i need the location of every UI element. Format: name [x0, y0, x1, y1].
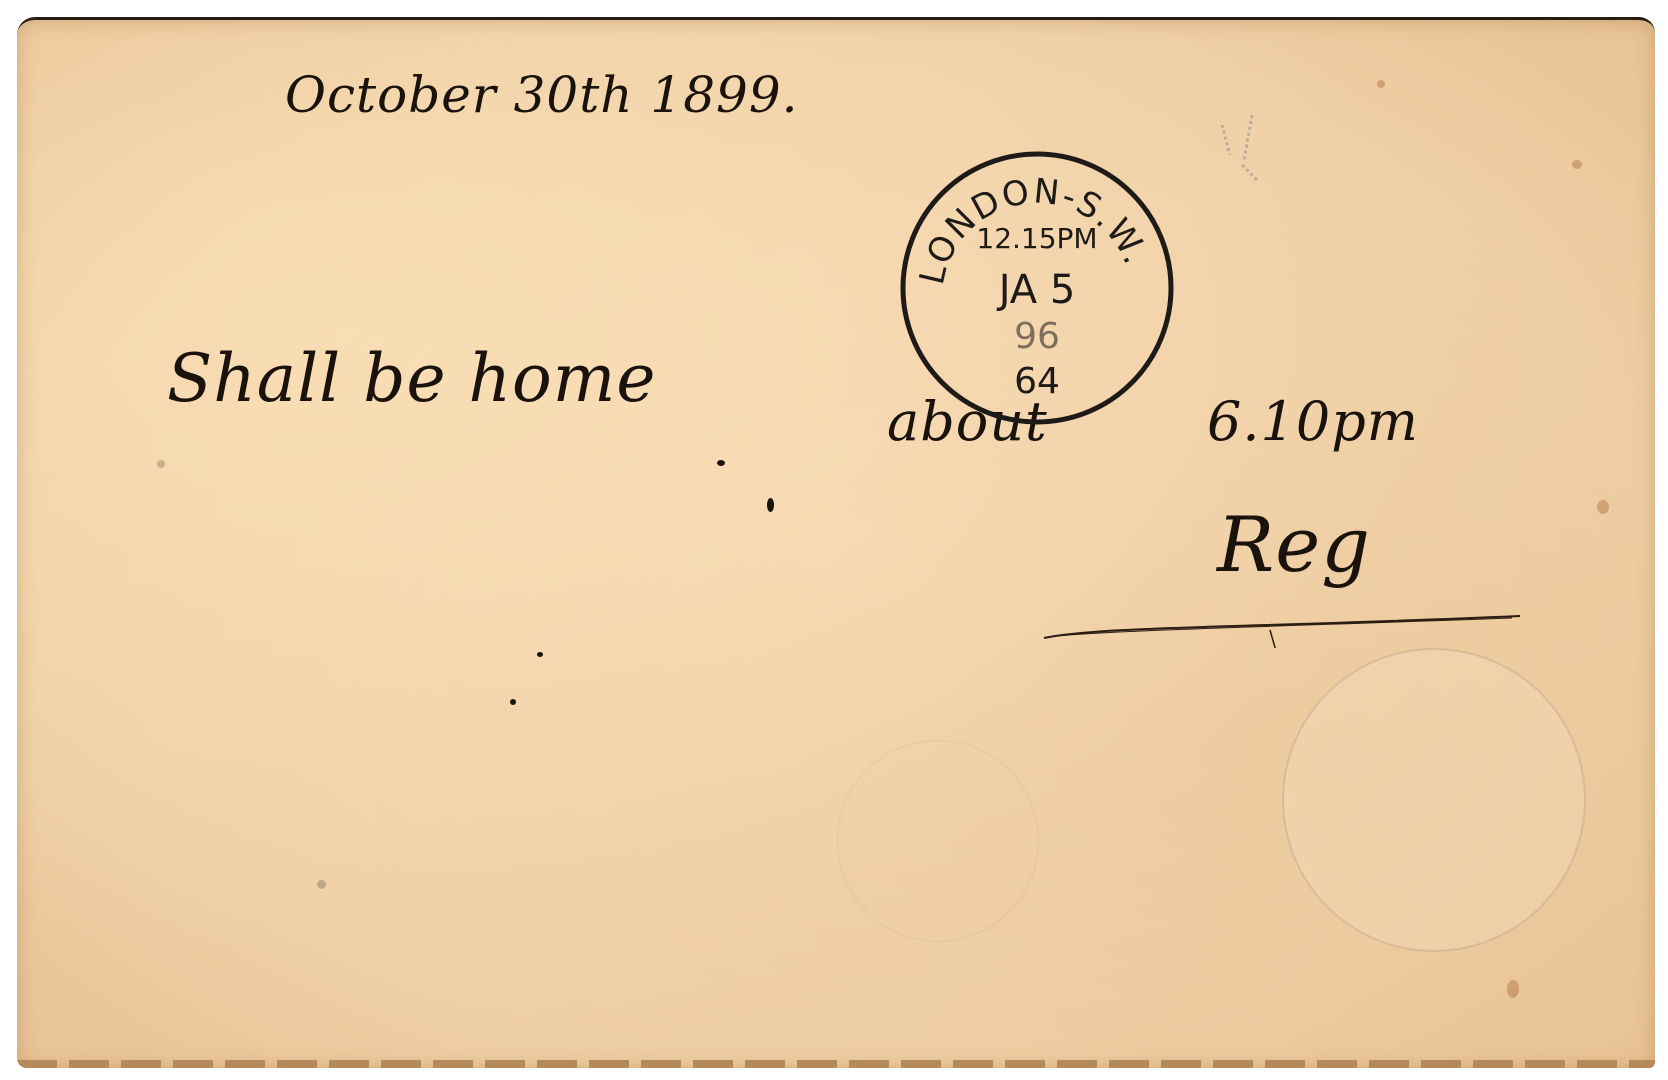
stain-speck — [1597, 500, 1609, 514]
postmark-stamp: LONDON-S.W. 12.15PM JA 5 96 64 — [897, 148, 1177, 428]
ink-blot — [537, 652, 543, 657]
message-time: 6.10pm — [1207, 390, 1419, 453]
embossed-seal — [1282, 648, 1586, 952]
stain-speck — [1377, 80, 1385, 88]
postmark-year: 96 — [1014, 316, 1060, 357]
stain-speck — [317, 880, 326, 889]
postmark-time: 12.15PM — [976, 222, 1097, 255]
ink-blot — [510, 699, 516, 705]
signature: Reg — [1217, 500, 1371, 589]
signature-flourish — [1042, 608, 1522, 648]
ink-blot — [717, 460, 725, 466]
handwritten-date: October 30th 1899. — [285, 66, 799, 124]
stain-speck — [157, 460, 165, 468]
postcard: October 30th 1899. Shall be home about 6… — [17, 17, 1655, 1068]
stain-speck — [1572, 160, 1582, 169]
faint-ink-marks — [1212, 105, 1292, 215]
ink-blot — [767, 498, 774, 512]
embossed-mark — [837, 740, 1039, 942]
stain-speck — [1507, 980, 1519, 998]
perforated-edge — [17, 1060, 1655, 1068]
message-line-1: Shall be home — [167, 340, 656, 417]
postmark-date: JA 5 — [996, 267, 1076, 313]
postmark-office-number: 64 — [1014, 361, 1060, 402]
